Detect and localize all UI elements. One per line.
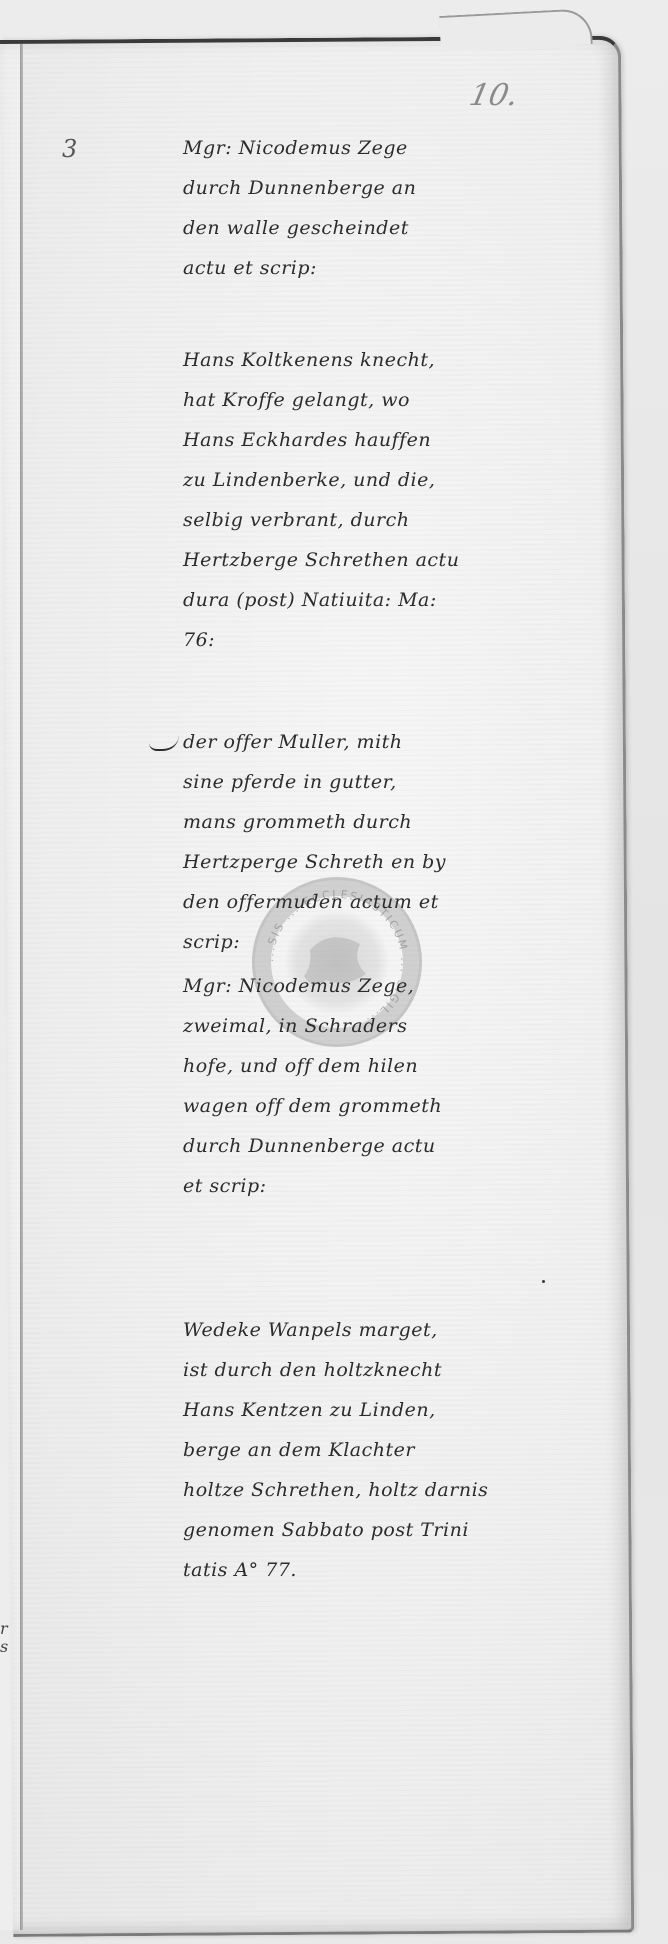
- entry-2-line-6: Hertzberge Schrethen actu: [183, 540, 583, 580]
- entry-1-line-2: durch Dunnenberge an: [183, 168, 583, 208]
- entry-3-line-2: sine pferde in gutter,: [183, 762, 583, 802]
- entry-2-line-8: 76:: [183, 620, 583, 660]
- initial-swash-flourish: [149, 735, 179, 751]
- entry-5-line-6: genomen Sabbato post Trini: [183, 1510, 583, 1550]
- entry-2-line-1: Hans Koltkenens knecht,: [183, 340, 583, 380]
- entry-2: Hans Koltkenens knecht, hat Kroffe gelan…: [183, 340, 583, 660]
- folio-number: 10.: [466, 78, 521, 113]
- entry-3: der offer Muller, mith sine pferde in gu…: [183, 722, 583, 962]
- entry-1-line-4: actu et scrip:: [183, 248, 583, 288]
- entry-2-line-2: hat Kroffe gelangt, wo: [183, 380, 583, 420]
- entry-4: Mgr: Nicodemus Zege, zweimal, in Schrade…: [183, 966, 583, 1206]
- entry-2-line-5: selbig verbrant, durch: [183, 500, 583, 540]
- binding-fold-line: [20, 44, 23, 1930]
- entry-3-line-1: der offer Muller, mith: [149, 722, 583, 762]
- ink-dot: [542, 1280, 545, 1283]
- entry-3-line-5: den offermuden actum et: [183, 882, 583, 922]
- entry-4-line-5: durch Dunnenberge actu: [183, 1126, 583, 1166]
- entry-1-line-1: Mgr: Nicodemus Zege: [183, 128, 583, 168]
- entry-5-line-4: berge an dem Klachter: [183, 1430, 583, 1470]
- entry-3-line-4: Hertzperge Schreth en by: [183, 842, 583, 882]
- entry-3-line-6: scrip:: [183, 922, 583, 962]
- entry-1: Mgr: Nicodemus Zege durch Dunnenberge an…: [183, 128, 583, 288]
- edge-marginalia: r s: [0, 1620, 8, 1656]
- entry-4-line-1: Mgr: Nicodemus Zege,: [183, 966, 583, 1006]
- entry-5-line-5: holtze Schrethen, holtz darnis: [183, 1470, 583, 1510]
- entry-2-line-4: zu Lindenberke, und die,: [183, 460, 583, 500]
- entry-2-line-3: Hans Eckhardes hauffen: [183, 420, 583, 460]
- entry-5-line-7: tatis A° 77.: [183, 1550, 583, 1590]
- entry-4-line-6: et scrip:: [183, 1166, 583, 1206]
- entry-4-line-4: wagen off dem grommeth: [183, 1086, 583, 1126]
- entry-4-line-2: zweimal, in Schraders: [183, 1006, 583, 1046]
- entry-5-line-3: Hans Kentzen zu Linden,: [183, 1390, 583, 1430]
- entry-5-line-2: ist durch den holtzknecht: [183, 1350, 583, 1390]
- entry-5-line-1: Wedeke Wanpels marget,: [183, 1310, 583, 1350]
- entry-1-line-3: den walle gescheindet: [183, 208, 583, 248]
- entry-2-line-7: dura (post) Natiuita: Ma:: [183, 580, 583, 620]
- margin-entry-number: 3: [62, 135, 77, 163]
- entry-5: Wedeke Wanpels marget, ist durch den hol…: [183, 1310, 583, 1590]
- entry-3-line-3: mans grommeth durch: [183, 802, 583, 842]
- entry-3-line-1-text: der offer Muller, mith: [183, 731, 403, 753]
- entry-4-line-3: hofe, und off dem hilen: [183, 1046, 583, 1086]
